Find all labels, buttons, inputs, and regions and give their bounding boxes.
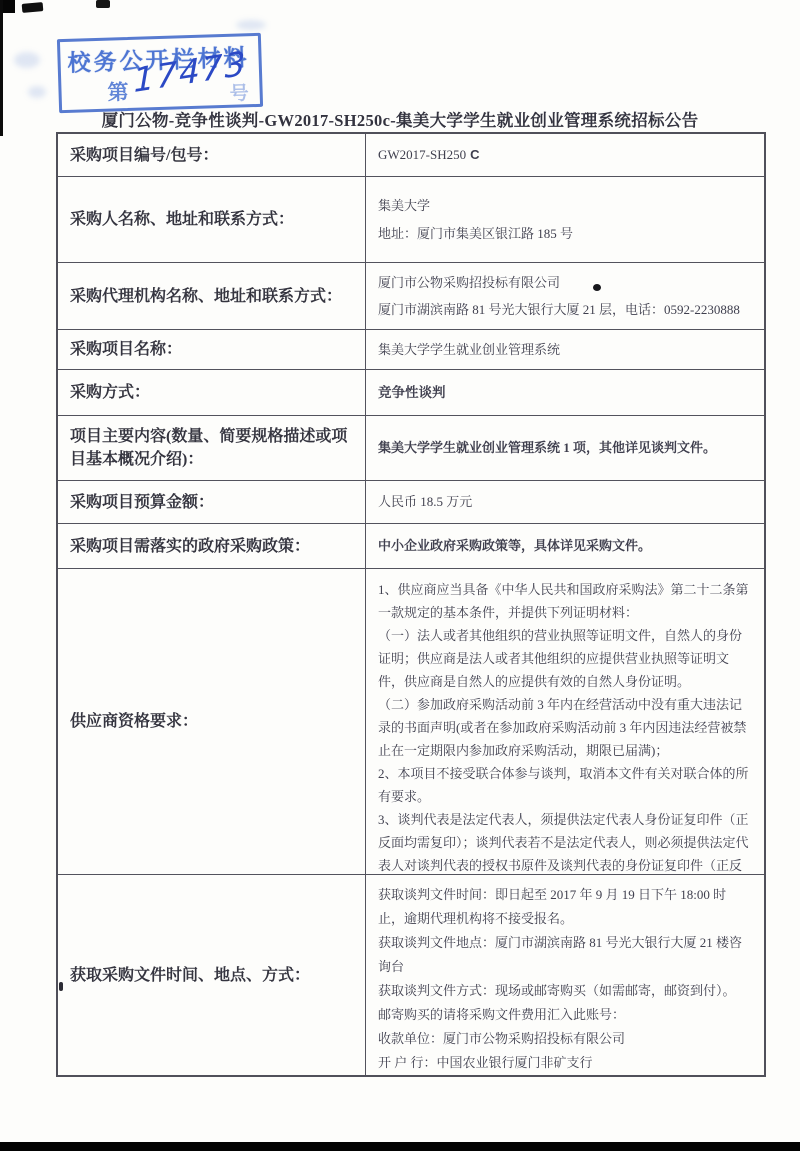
row-value: 厦门市公物采购招投标有限公司厦门市湖滨南路 81 号光大银行大厦 21 层，电话… — [366, 263, 764, 329]
table-row-agency: 采购代理机构名称、地址和联系方式： 厦门市公物采购招投标有限公司厦门市湖滨南路 … — [58, 262, 764, 329]
row-label: 采购方式： — [58, 370, 366, 415]
text-line: 获取谈判文件方式：现场或邮寄购买（如需邮寄，邮资到付）。 — [378, 979, 752, 1003]
ink-smudge — [28, 86, 46, 98]
scanned-document-page: 校务公开栏材料 第 17473 号 厦门公物-竞争性谈判-GW2017-SH25… — [0, 0, 800, 1151]
row-value: 人民币 18.5 万元 — [366, 481, 764, 523]
row-label: 采购项目名称： — [58, 330, 366, 369]
project-code-value: GW2017-SH250C — [378, 142, 752, 168]
row-label: 采购项目预算金额： — [58, 481, 366, 523]
text-line: 获取谈判文件时间：即日起至 2017 年 9 月 19 日下午 18:00 时止… — [378, 883, 752, 931]
row-label: 供应商资格要求： — [58, 569, 366, 874]
table-row-qualification: 供应商资格要求： 1、供应商应当具备《中华人民共和国政府采购法》第二十二条第一款… — [58, 568, 764, 874]
text-line: 厦门市湖滨南路 81 号光大银行大厦 21 层，电话：0592-2230888 — [378, 296, 752, 323]
text-line: 2、本项目不接受联合体参与谈判，取消本文件有关对联合体的所有要求。 — [378, 762, 752, 808]
row-label: 采购代理机构名称、地址和联系方式： — [58, 263, 366, 329]
row-value: GW2017-SH250C — [366, 134, 764, 176]
tender-info-table: 采购项目编号/包号： GW2017-SH250C 采购人名称、地址和联系方式： … — [56, 132, 766, 1077]
ink-smudge — [236, 20, 266, 30]
row-label: 采购项目编号/包号： — [58, 134, 366, 176]
row-value: 竞争性谈判 — [366, 370, 764, 415]
row-value: 1、供应商应当具备《中华人民共和国政府采购法》第二十二条第一款规定的基本条件，并… — [366, 569, 764, 874]
text-line: （一）法人或者其他组织的营业执照等证明文件，自然人的身份证明；供应商是法人或者其… — [378, 624, 752, 693]
row-value: 中小企业政府采购政策等，具体详见采购文件。 — [366, 524, 764, 568]
scan-bottom-edge-artifact — [0, 1142, 800, 1151]
scan-mark-artifact — [96, 0, 110, 8]
row-label: 采购人名称、地址和联系方式： — [58, 177, 366, 262]
project-code-suffix: C — [470, 147, 479, 162]
text-line: 集美大学 — [378, 192, 752, 220]
text-line: 开 户 行：中国农业银行厦门非矿支行 — [378, 1051, 752, 1075]
text-line: 收款单位：厦门市公物采购招投标有限公司 — [378, 1027, 752, 1051]
table-row-project-code: 采购项目编号/包号： GW2017-SH250C — [58, 134, 764, 176]
text-line: 获取谈判文件地点：厦门市湖滨南路 81 号光大银行大厦 21 楼咨询台 — [378, 931, 752, 979]
row-label: 获取采购文件时间、地点、方式： — [58, 875, 366, 1075]
text-line: 3、谈判代表是法定代表人，须提供法定代表人身份证复印件（正反面均需复印）；谈判代… — [378, 808, 752, 874]
scan-mark-artifact — [22, 2, 44, 13]
document-title: 厦门公物-竞争性谈判-GW2017-SH250c-集美大学学生就业创业管理系统招… — [0, 107, 800, 131]
ink-smudge — [14, 52, 40, 68]
text-line: 邮寄购买的请将采购文件费用汇入此账号： — [378, 1003, 752, 1027]
text-line: 地址：厦门市集美区银江路 185 号 — [378, 220, 752, 248]
stamp-number-prefix: 第 — [107, 76, 129, 107]
row-value: 集美大学地址：厦门市集美区银江路 185 号 — [366, 177, 764, 262]
row-label: 采购项目需落实的政府采购政策： — [58, 524, 366, 568]
table-row-method: 采购方式： 竞争性谈判 — [58, 369, 764, 415]
table-row-policy: 采购项目需落实的政府采购政策： 中小企业政府采购政策等，具体详见采购文件。 — [58, 523, 764, 568]
stamp-number-suffix: 号 — [229, 78, 249, 106]
row-value: 集美大学学生就业创业管理系统 — [366, 330, 764, 369]
text-line: （二）参加政府采购活动前 3 年内在经营活动中没有重大违法记录的书面声明(或者在… — [378, 693, 752, 762]
table-row-project-name: 采购项目名称： 集美大学学生就业创业管理系统 — [58, 329, 764, 369]
row-value: 获取谈判文件时间：即日起至 2017 年 9 月 19 日下午 18:00 时止… — [366, 875, 764, 1075]
row-label: 项目主要内容(数量、简要规格描述或项目基本概况介绍)： — [58, 416, 366, 480]
table-row-content: 项目主要内容(数量、简要规格描述或项目基本概况介绍)： 集美大学学生就业创业管理… — [58, 415, 764, 480]
text-line: 1、供应商应当具备《中华人民共和国政府采购法》第二十二条第一款规定的基本条件，并… — [378, 578, 752, 624]
row-value: 集美大学学生就业创业管理系统 1 项，其他详见谈判文件。 — [366, 416, 764, 480]
table-row-obtain-documents: 获取采购文件时间、地点、方式： 获取谈判文件时间：即日起至 2017 年 9 月… — [58, 874, 764, 1075]
blue-registration-stamp: 校务公开栏材料 第 17473 号 — [57, 33, 263, 113]
table-row-budget: 采购项目预算金额： 人民币 18.5 万元 — [58, 480, 764, 523]
text-line: 厦门市公物采购招投标有限公司 — [378, 269, 752, 296]
table-row-purchaser: 采购人名称、地址和联系方式： 集美大学地址：厦门市集美区银江路 185 号 — [58, 176, 764, 262]
